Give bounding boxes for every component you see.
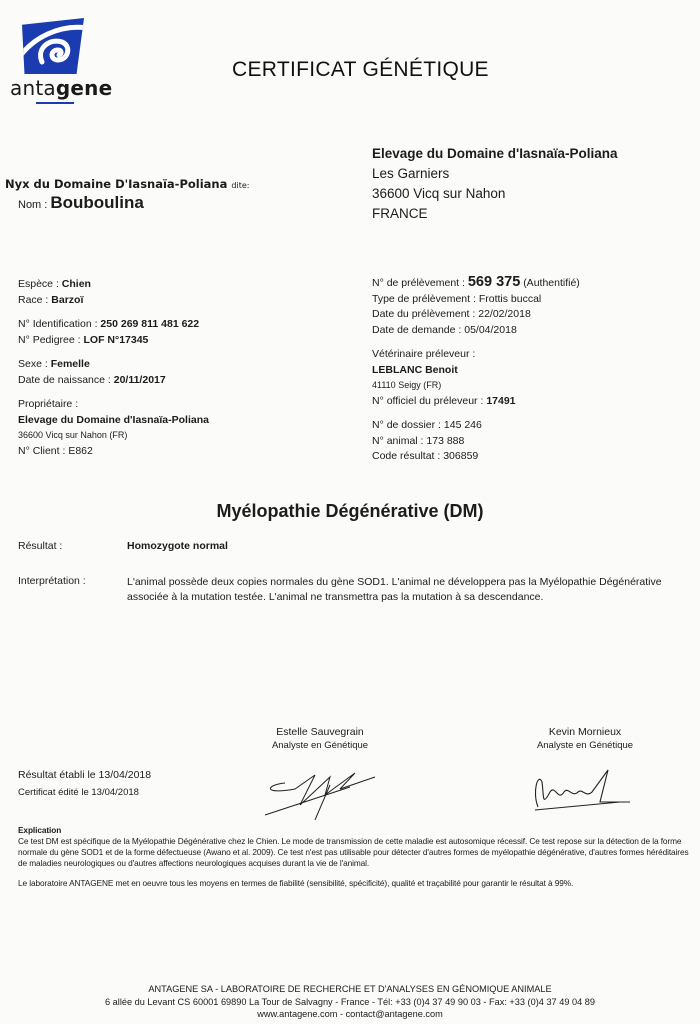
quality-statement: Le laboratoire ANTAGENE met en oeuvre to… — [18, 878, 694, 889]
sample-date-row: Date du prélèvement : 22/02/2018 — [372, 307, 580, 323]
result-label: Résultat : — [18, 540, 62, 552]
explanation-heading: Explication — [18, 825, 694, 836]
identification-row: N° Identification : 250 269 811 481 622 — [18, 317, 209, 333]
breeder-address: Elevage du Domaine d'Iasnaïa-Poliana Les… — [372, 144, 618, 224]
file-number-row: N° de dossier : 145 246 — [372, 418, 580, 434]
owner-name: Elevage du Domaine d'Iasnaïa-Poliana — [18, 413, 209, 429]
vet-name: LEBLANC Benoit — [372, 363, 580, 379]
vet-city: 41110 Seigy (FR) — [372, 378, 580, 394]
certificate-title: CERTIFICAT GÉNÉTIQUE — [232, 58, 489, 82]
signatory-role: Analyste en Génétique — [255, 739, 385, 753]
sample-info: N° de prélèvement : 569 375 (Authentifié… — [372, 275, 580, 465]
breeder-city: 36600 Vicq sur Nahon — [372, 184, 618, 204]
test-title: Myélopathie Dégénérative (DM) — [0, 501, 700, 522]
dite-label: dite: — [231, 181, 249, 190]
vet-official-row: N° officiel du préleveur : 17491 — [372, 394, 580, 410]
dog-registered-name: Nyx du Domaine D'Iasnaïa-Polianadite: — [5, 177, 249, 191]
certificate-dates: Résultat établi le 13/04/2018 Certificat… — [18, 766, 151, 802]
signatory-name: Kevin Mornieux — [520, 725, 650, 739]
explanation-section: Explication Ce test DM est spécifique de… — [18, 825, 694, 889]
sample-type-row: Type de prélèvement : Frottis buccal — [372, 292, 580, 308]
owner-city: 36600 Vicq sur Nahon (FR) — [18, 428, 209, 444]
name-value: Bouboulina — [50, 193, 143, 212]
explanation-body: Ce test DM est spécifique de la Myélopat… — [18, 836, 694, 869]
animal-info: Espèce : Chien Race : Barzoï N° Identifi… — [18, 277, 209, 459]
spiral-logo-icon — [22, 18, 84, 74]
antagene-logo: antagene — [10, 18, 94, 104]
footer-company: ANTAGENE SA - LABORATOIRE DE RECHERCHE E… — [0, 983, 700, 996]
breeder-street: Les Garniers — [372, 164, 618, 184]
signatory-1: Estelle Sauvegrain Analyste en Génétique — [255, 725, 385, 753]
animal-number-row: N° animal : 173 888 — [372, 434, 580, 450]
vet-label: Vétérinaire préleveur : — [372, 347, 580, 363]
species-row: Espèce : Chien — [18, 277, 209, 293]
request-date-row: Date de demande : 05/04/2018 — [372, 323, 580, 339]
breed-row: Race : Barzoï — [18, 293, 209, 309]
signatory-name: Estelle Sauvegrain — [255, 725, 385, 739]
signatory-2: Kevin Mornieux Analyste en Génétique — [520, 725, 650, 753]
birth-date-row: Date de naissance : 20/11/2017 — [18, 373, 209, 389]
pedigree-row: N° Pedigree : LOF N°17345 — [18, 333, 209, 349]
owner-label: Propriétaire : — [18, 397, 209, 413]
logo-wordmark: antagene — [10, 76, 94, 100]
signature-2-image — [530, 762, 640, 817]
signatory-role: Analyste en Génétique — [520, 739, 650, 753]
dog-call-name: Nom :Bouboulina — [18, 193, 144, 213]
interpretation-label: Interprétation : — [18, 575, 86, 587]
sex-row: Sexe : Femelle — [18, 357, 209, 373]
logo-underline — [36, 102, 74, 104]
name-label: Nom : — [18, 199, 47, 211]
breeder-country: FRANCE — [372, 204, 618, 224]
breeder-name: Elevage du Domaine d'Iasnaïa-Poliana — [372, 144, 618, 164]
registered-name-text: Nyx du Domaine D'Iasnaïa-Poliana — [5, 177, 227, 191]
footer: ANTAGENE SA - LABORATOIRE DE RECHERCHE E… — [0, 983, 700, 1021]
signature-1-image — [255, 765, 385, 820]
result-value: Homozygote normal — [127, 540, 228, 552]
footer-contact: www.antagene.com - contact@antagene.com — [0, 1008, 700, 1021]
result-established-date: Résultat établi le 13/04/2018 — [18, 766, 151, 784]
footer-address: 6 allée du Levant CS 60001 69890 La Tour… — [0, 996, 700, 1009]
result-code-row: Code résultat : 306859 — [372, 449, 580, 465]
interpretation-text: L'animal possède deux copies normales du… — [127, 575, 697, 605]
client-row: N° Client : E862 — [18, 444, 209, 460]
sample-number-row: N° de prélèvement : 569 375 (Authentifié… — [372, 275, 580, 292]
certificate-issued-date: Certificat édité le 13/04/2018 — [18, 784, 151, 802]
